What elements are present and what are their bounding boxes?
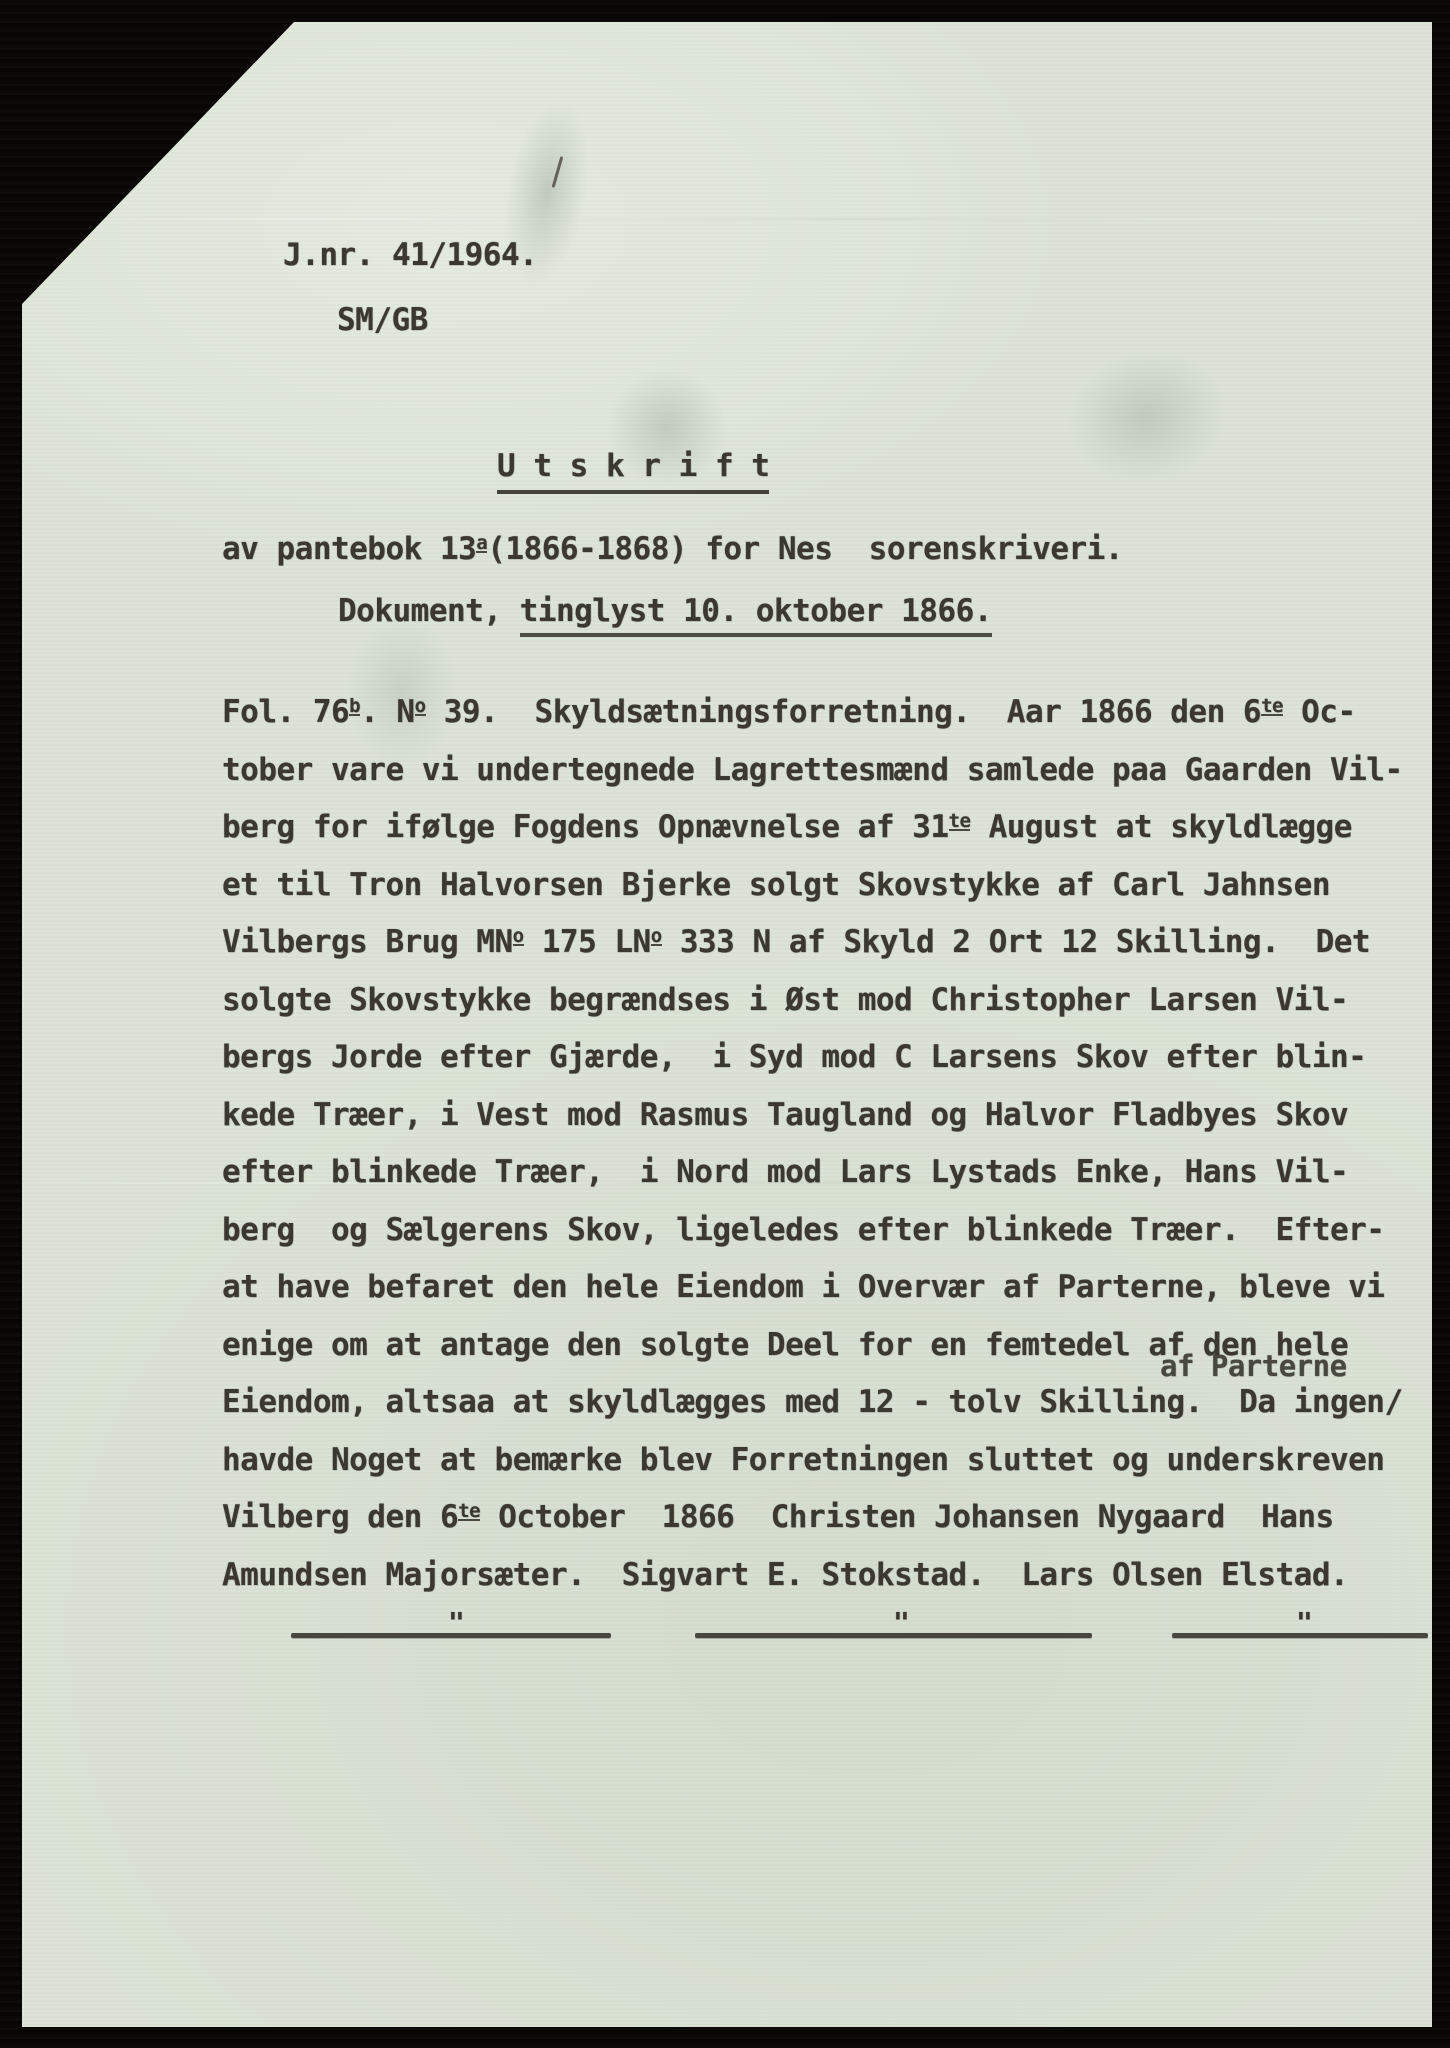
superscript: te — [1261, 699, 1283, 716]
superscript: te — [949, 814, 971, 831]
text-run: 333 N af Skyld 2 Ort 12 Skilling. Det — [662, 924, 1370, 960]
superscript: a — [476, 536, 487, 553]
text-run: berg for ifølge Fogdens Opnævnelse af 31 — [222, 809, 949, 845]
text-line: Vilbergs Brug MNo 175 LNo 333 N af Skyld… — [222, 914, 1403, 972]
ditto-mark: " — [893, 1606, 910, 1639]
text-run: Eiendom, altsaa at skyldlægges med 12 - … — [222, 1384, 1403, 1420]
pen-slash-mark — [552, 156, 564, 188]
text-line: kede Træer, i Vest mod Rasmus Taugland o… — [222, 1087, 1403, 1145]
clerk-initials: SM/GB — [337, 303, 428, 337]
text-line: Amundsen Majorsæter. Sigvart E. Stokstad… — [222, 1547, 1403, 1605]
text-run: at have befaret den hele Eiendom i Overv… — [222, 1269, 1384, 1305]
text-run: bergs Jorde efter Gjærde, i Syd mod C La… — [222, 1039, 1366, 1075]
text-line: efter blinkede Træer, i Nord mod Lars Ly… — [222, 1144, 1403, 1202]
superscript: o — [651, 929, 662, 946]
text-line: berg og Sælgerens Skov, ligeledes efter … — [222, 1202, 1403, 1260]
text-line: Fol. 76b. No 39. Skyldsætningsforretning… — [222, 684, 1403, 742]
superscript: o — [513, 929, 524, 946]
marginal-insertion-note: af Parterne — [1160, 1349, 1347, 1383]
ditto-mark: " — [448, 1606, 465, 1639]
underlined-text: tinglyst 10. oktober 1866. — [520, 593, 992, 637]
text-line: solgte Skovstykke begrændses i Øst mod C… — [222, 972, 1403, 1030]
registration-line: Dokument, tinglyst 10. oktober 1866. — [338, 594, 992, 628]
text-line: Vilberg den 6te October 1866 Christen Jo… — [222, 1489, 1403, 1547]
text-run: October 1866 Christen Johansen Nygaard H… — [480, 1499, 1334, 1535]
text-run: berg og Sælgerens Skov, ligeledes efter … — [222, 1212, 1384, 1248]
text-run: et til Tron Halvorsen Bjerke solgt Skovs… — [222, 867, 1330, 903]
text-run: Vilberg den 6 — [222, 1499, 458, 1535]
intro-line: av pantebok 13a(1866-1868) for Nes soren… — [222, 532, 1123, 566]
text-run: efter blinkede Træer, i Nord mod Lars Ly… — [222, 1154, 1348, 1190]
text-run: tober vare vi undertegnede Lagrettesmænd… — [222, 752, 1403, 788]
journal-number: J.nr. 41/1964. — [283, 238, 537, 272]
superscript: te — [458, 1504, 480, 1521]
ditto-mark: " — [1296, 1606, 1313, 1639]
text-line: et til Tron Halvorsen Bjerke solgt Skovs… — [222, 857, 1403, 915]
scanned-archive-photo: { "page": { "background_color": "#080706… — [0, 0, 1450, 2048]
text-run: Dokument, — [338, 593, 520, 629]
text-run: August at skyldlægge — [970, 809, 1351, 845]
text-run: solgte Skovstykke begrændses i Øst mod C… — [222, 982, 1348, 1018]
superscript: b — [349, 699, 360, 716]
text-line: bergs Jorde efter Gjærde, i Syd mod C La… — [222, 1029, 1403, 1087]
text-run: kede Træer, i Vest mod Rasmus Taugland o… — [222, 1097, 1348, 1133]
text-line: at have befaret den hele Eiendom i Overv… — [222, 1259, 1403, 1317]
bleedthrough-smudge — [1015, 300, 1279, 534]
text-run: (1866-1868) for Nes sorenskriveri. — [487, 531, 1123, 567]
text-run: . N — [360, 694, 415, 730]
text-run: havde Noget at bemærke blev Forretningen… — [222, 1442, 1384, 1478]
text-line: havde Noget at bemærke blev Forretningen… — [222, 1432, 1403, 1490]
paper-crease — [22, 218, 1432, 220]
document-title: U t s k r i f t — [497, 449, 769, 494]
text-run: Oc- — [1283, 694, 1356, 730]
body-text: Fol. 76b. No 39. Skyldsætningsforretning… — [222, 684, 1403, 1604]
text-line: tober vare vi undertegnede Lagrettesmænd… — [222, 742, 1403, 800]
text-run: Fol. 76 — [222, 694, 349, 730]
text-run: 39. Skyldsætningsforretning. Aar 1866 de… — [426, 694, 1262, 730]
document-page: J.nr. 41/1964. SM/GB U t s k r i f t av … — [22, 22, 1432, 2027]
text-run: Vilbergs Brug MN — [222, 924, 513, 960]
text-run: av pantebok 13 — [222, 531, 476, 567]
bleedthrough-smudge — [470, 54, 623, 329]
text-run: Amundsen Majorsæter. Sigvart E. Stokstad… — [222, 1557, 1348, 1593]
text-line: berg for ifølge Fogdens Opnævnelse af 31… — [222, 799, 1403, 857]
superscript: o — [415, 699, 426, 716]
text-run: 175 LN — [524, 924, 651, 960]
